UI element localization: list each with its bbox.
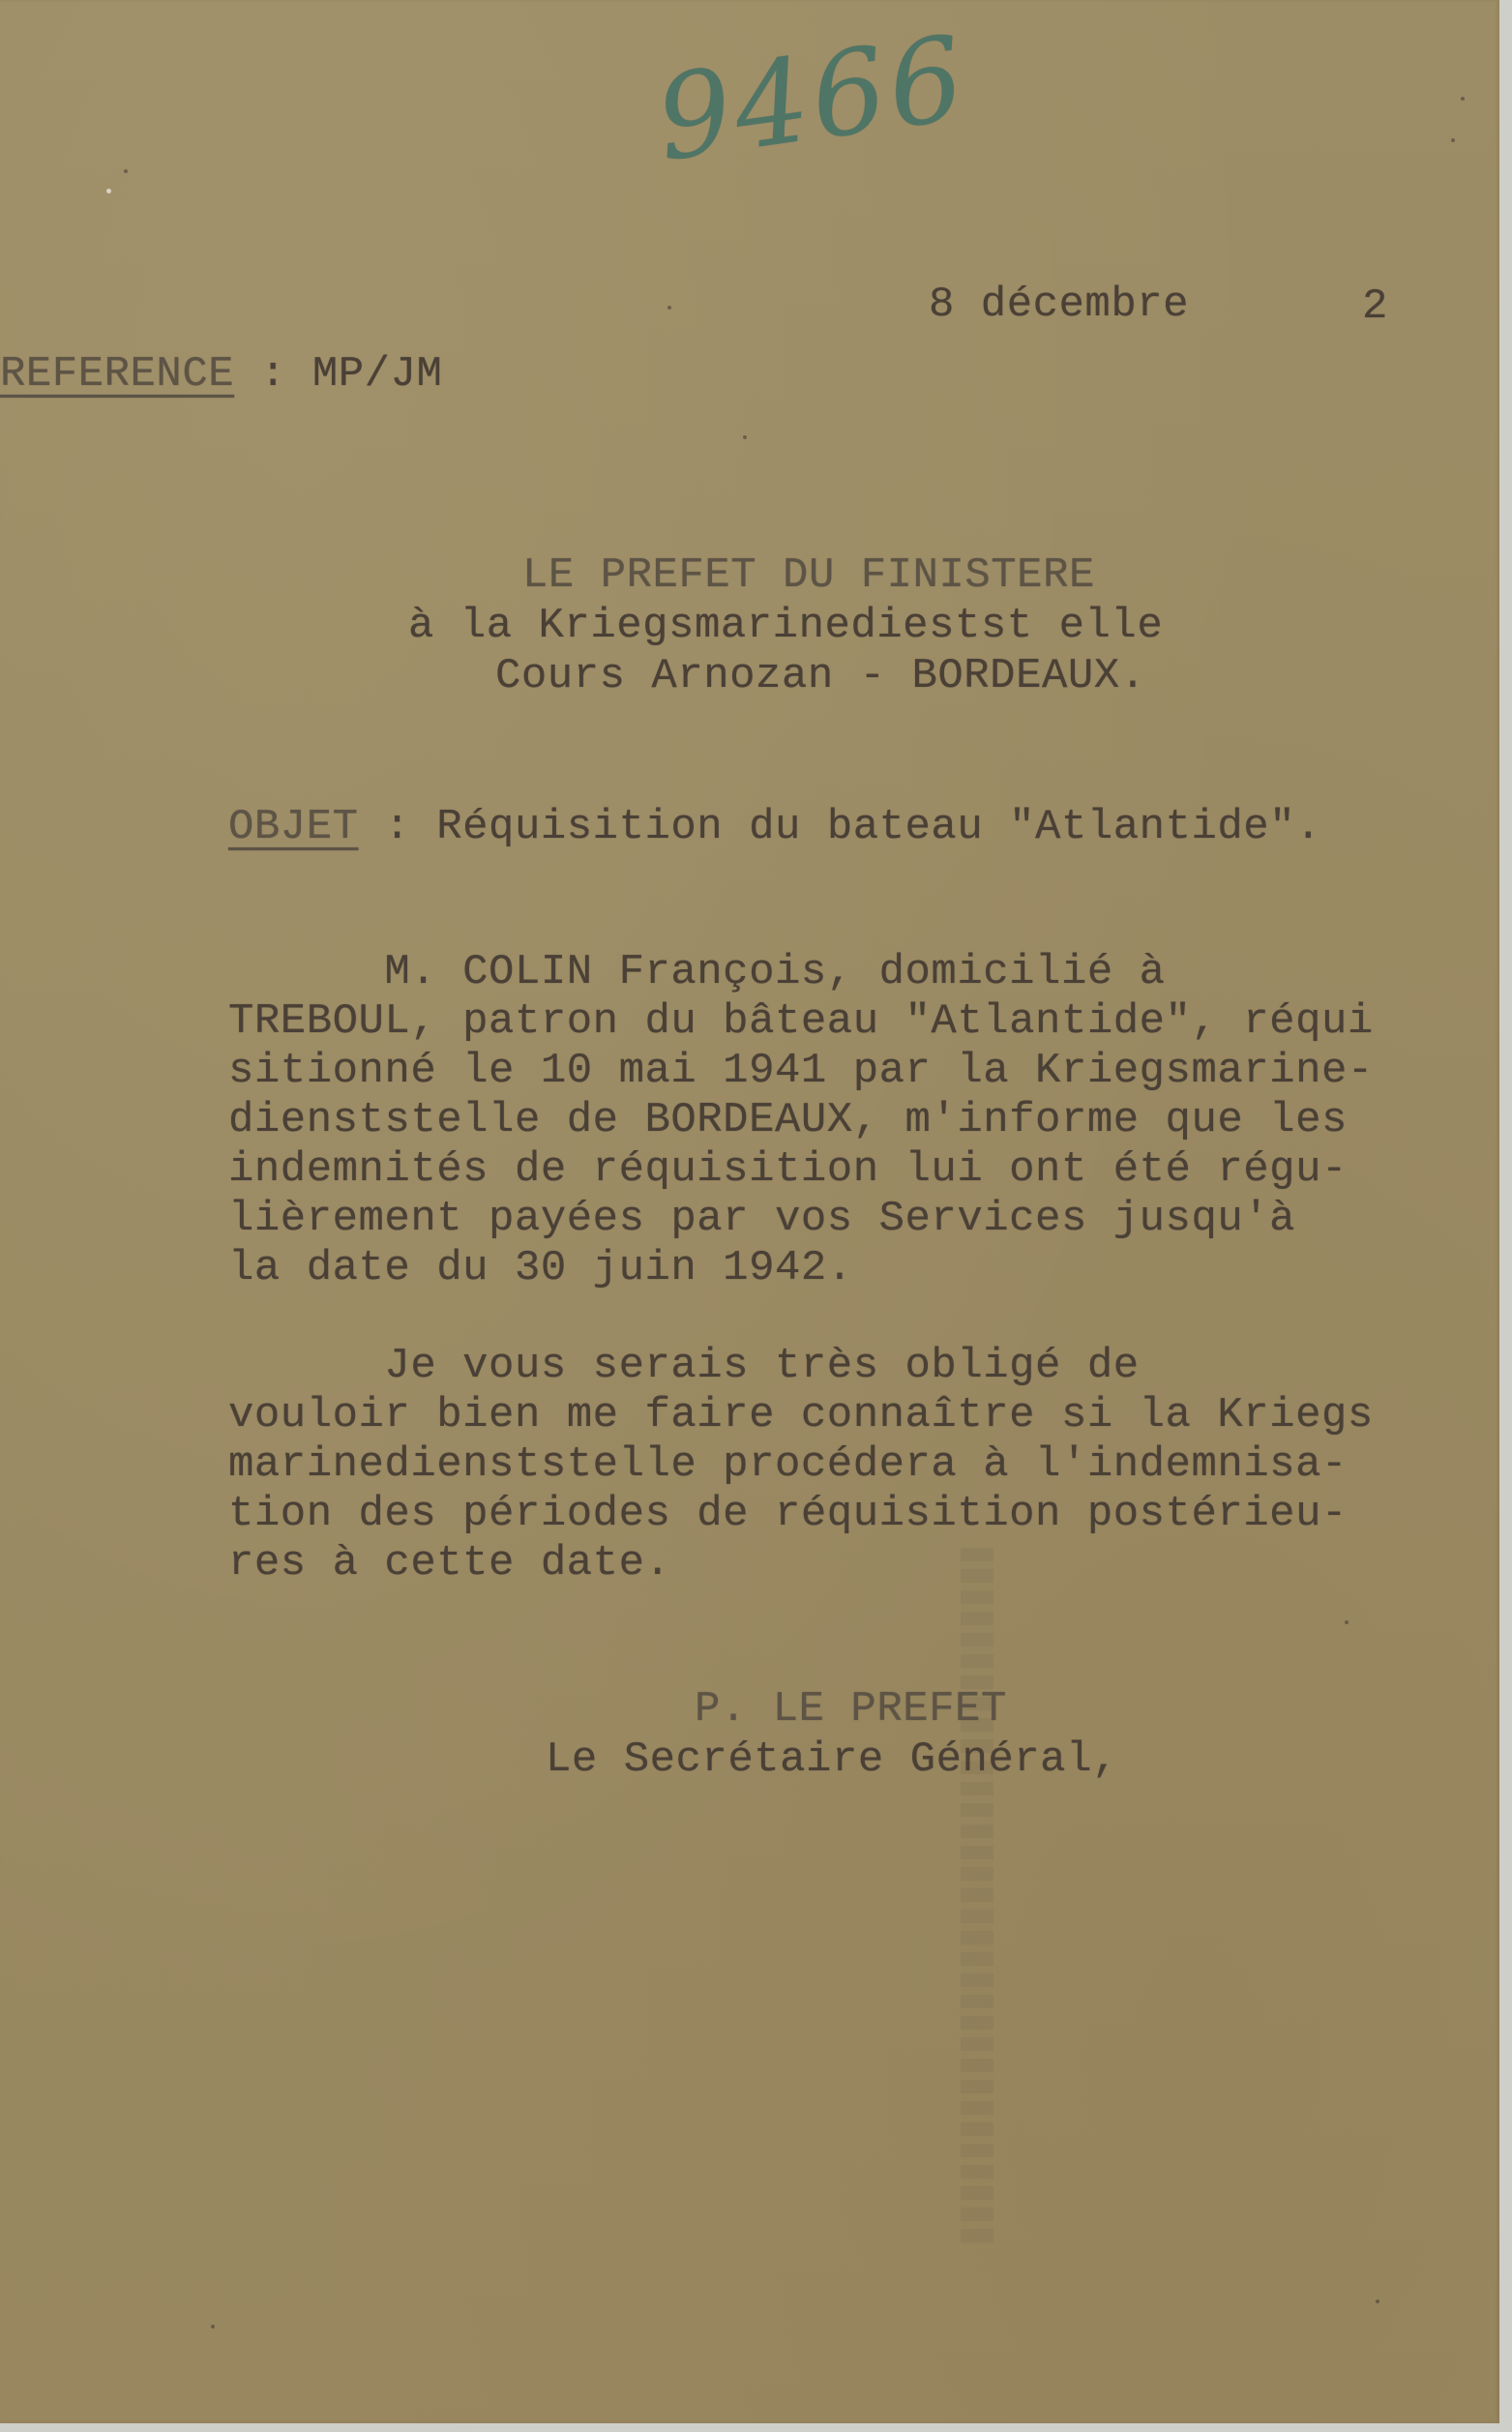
signature-line-1: P. LE PREFET: [695, 1685, 1007, 1735]
body-paragraph-1: M. COLIN François, domicilié à TREBOUL, …: [228, 948, 1374, 1293]
sender-line: LE PREFET DU FINISTERE: [522, 551, 1095, 601]
body-paragraph-2: Je vous serais très obligé de vouloir bi…: [228, 1342, 1374, 1588]
paper-speck: [211, 2325, 215, 2328]
reference-label: REFERENCE: [0, 350, 234, 399]
subject-line: OBJET : Réquisition du bateau "Atlantide…: [228, 803, 1321, 852]
paper-speck: [1376, 2299, 1379, 2303]
paper-speck: [743, 435, 747, 439]
paper-speck: [106, 189, 111, 193]
scanned-document: 9466 8 décembre 2 REFERENCE : MP/JM LE P…: [0, 0, 1512, 2432]
paper-speck: [1345, 1620, 1349, 1624]
subject-text: Réquisition du bateau "Atlantide".: [436, 803, 1321, 851]
recipient-line: à la Kriegsmarinediestst elle: [408, 602, 1163, 651]
handwritten-archive-number: 9466: [649, 12, 976, 188]
recipient-address-line: Cours Arnozan - BORDEAUX.: [495, 652, 1146, 701]
reference-separator: :: [234, 350, 312, 399]
subject-label: OBJET: [228, 803, 359, 851]
page-number: 2: [1362, 282, 1388, 332]
bleed-through-text: [961, 1548, 993, 2244]
paper-speck: [124, 169, 128, 173]
paper-sheet: 9466 8 décembre 2 REFERENCE : MP/JM LE P…: [0, 0, 1499, 2423]
reference-line: REFERENCE : MP/JM: [0, 350, 442, 400]
paper-speck: [1451, 138, 1455, 142]
paper-speck: [667, 306, 671, 310]
letter-date: 8 décembre: [929, 281, 1189, 330]
reference-value: MP/JM: [312, 350, 443, 399]
subject-separator: :: [359, 803, 437, 851]
paper-speck: [1461, 97, 1465, 101]
signature-line-2: Le Secrétaire Général,: [546, 1735, 1118, 1785]
